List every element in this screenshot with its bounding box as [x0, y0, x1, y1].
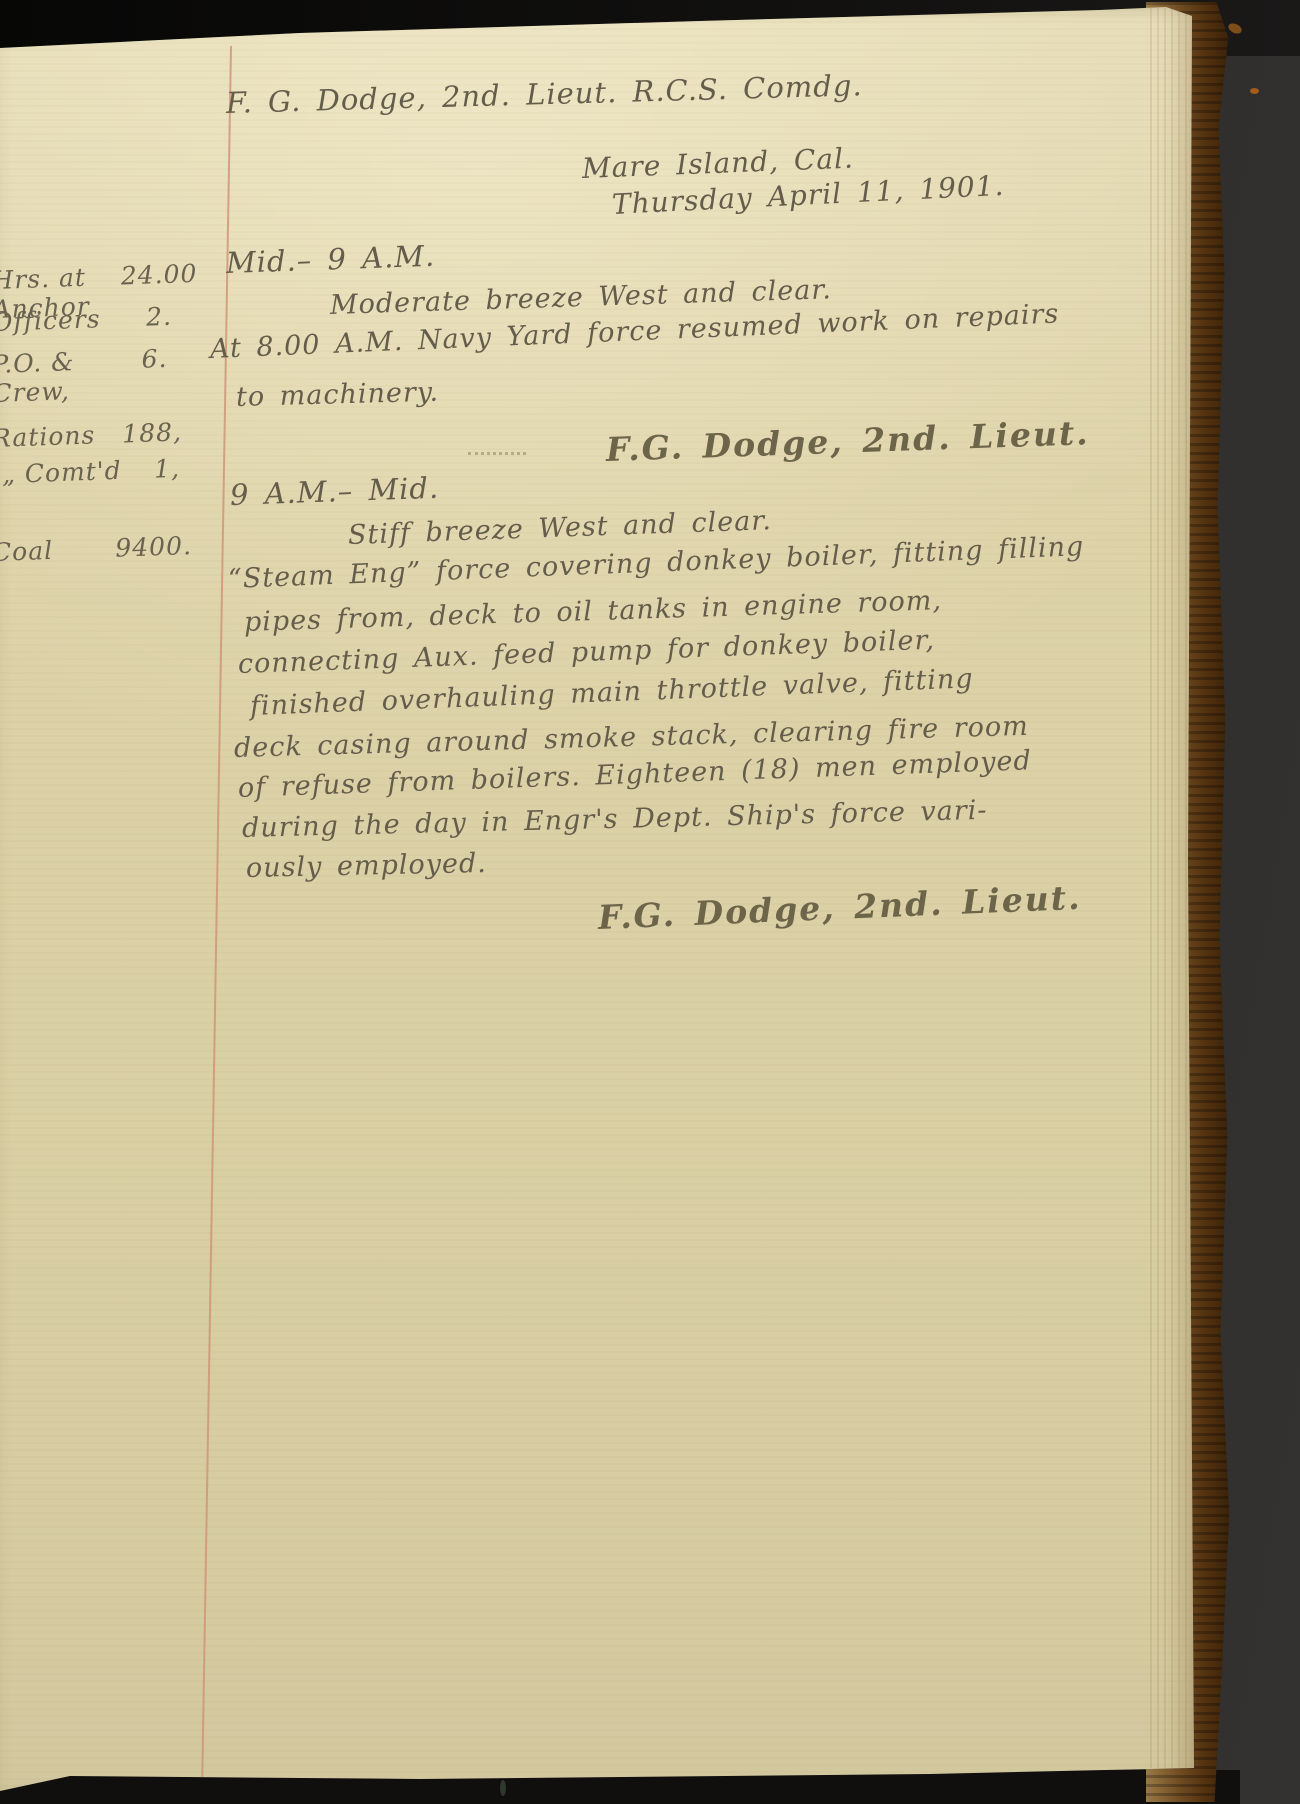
- scanned-logbook-photo: F. G. Dodge, 2nd. Lieut. R.C.S. Comdg. M…: [0, 0, 1300, 1804]
- margin-label: Rations: [0, 420, 96, 453]
- margin-label: „ Comt'd: [1, 456, 122, 489]
- log-line: to machinery.: [236, 377, 440, 413]
- margin-label: Officers: [0, 304, 101, 337]
- margin-value: 188,: [122, 417, 183, 448]
- margin-label: P.O. & Crew,: [0, 345, 143, 408]
- signature-entry-2: F.G. Dodge, 2nd. Lieut.: [597, 878, 1082, 937]
- margin-row-rations: Rations 188,: [0, 417, 182, 453]
- watch-heading-9am-to-mid: 9 A.M.– Mid.: [229, 471, 439, 512]
- faint-ink-dots: [468, 452, 526, 455]
- commanding-officer-line: F. G. Dodge, 2nd. Lieut. R.C.S. Comdg.: [226, 68, 864, 120]
- margin-value: 1,: [154, 454, 181, 484]
- page-stack-edges: [1150, 8, 1192, 1768]
- margin-value: 6.: [141, 344, 169, 403]
- margin-row-po-and-crew: P.O. & Crew, 6.: [0, 344, 169, 408]
- margin-value: 9400.: [115, 531, 193, 563]
- binding-speck: [1250, 88, 1259, 94]
- watch-heading-mid-to-9am: Mid.– 9 A.M.: [225, 239, 435, 280]
- log-line: during the day in Engr's Dept. Ship's fo…: [242, 795, 988, 844]
- logbook-page: F. G. Dodge, 2nd. Lieut. R.C.S. Comdg. M…: [0, 0, 1198, 1795]
- weather-line: Stiff breeze West and clear.: [347, 505, 772, 551]
- signature-entry-1: F.G. Dodge, 2nd. Lieut.: [605, 413, 1090, 469]
- page-bottom-mark: [500, 1780, 506, 1796]
- margin-row-officers: Officers 2.: [0, 302, 172, 337]
- margin-value: 2.: [146, 302, 173, 332]
- margin-label: Coal: [0, 536, 54, 567]
- margin-row-rations-comtd: „ Comt'd 1,: [1, 454, 180, 489]
- red-margin-rule: [201, 46, 232, 1782]
- log-line: ously employed.: [246, 848, 487, 884]
- margin-row-coal: Coal 9400.: [0, 531, 192, 567]
